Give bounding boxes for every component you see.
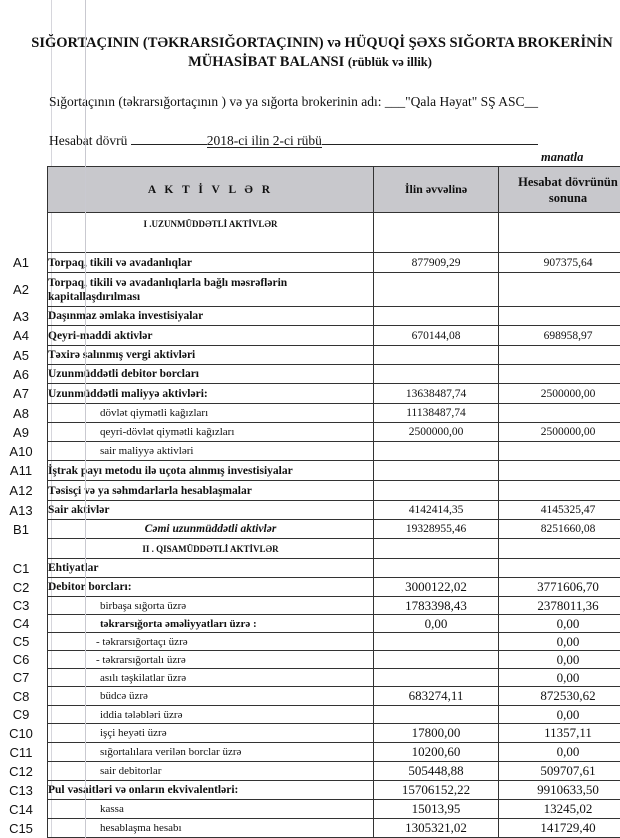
row-label: Cəmi uzunmüddətli aktivlər	[48, 520, 374, 539]
row-code: C3	[0, 598, 42, 613]
value-start-of-year: 670144,08	[374, 326, 499, 346]
value-start-of-year: 17800,00	[374, 724, 499, 743]
underline-blank	[322, 130, 538, 145]
report-period-line: Hesabat dövrü 2018-ci ilin 2-ci rübü	[49, 130, 538, 149]
table-row: Torpaq, tikili və avadanlıqlarla bağlı m…	[48, 273, 620, 307]
value-start-of-year	[374, 365, 499, 384]
value-start-of-year: 15706152,22	[374, 781, 499, 800]
row-label: Təsisçi və ya səhmdarlarla hesablaşmalar	[48, 481, 374, 501]
row-label: Torpaq, tikili və avadanlıqlarla bağlı m…	[48, 273, 374, 307]
row-code: C2	[0, 580, 42, 595]
row-code: C5	[0, 634, 42, 649]
row-label: Daşınmaz əmlaka investisiyalar	[48, 307, 374, 326]
value-end-of-period: 698958,97	[499, 326, 620, 346]
row-label: qeyri-dövlət qiymətli kağızları	[48, 423, 374, 442]
value-start-of-year	[374, 559, 499, 578]
row-code: C9	[0, 707, 42, 722]
row-label: Uzunmüddətli maliyyə aktivləri:	[48, 384, 374, 404]
value-end-of-period: 0,00	[499, 669, 620, 687]
row-label: - təkrarsığortalı üzrə	[48, 651, 374, 669]
row-code: A2	[0, 282, 42, 297]
value-end-of-period: 0,00	[499, 615, 620, 633]
row-code: A7	[0, 386, 42, 401]
value-end-of-period	[499, 539, 620, 559]
table-row: Uzunmüddətli maliyyə aktivləri:13638487,…	[48, 384, 620, 404]
report-period-value: 2018-ci ilin 2-ci rübü	[207, 133, 322, 148]
value-end-of-period: 872530,62	[499, 687, 620, 706]
row-code: C14	[0, 802, 42, 817]
row-code: C15	[0, 821, 42, 836]
row-code: A13	[0, 503, 42, 518]
value-start-of-year	[374, 346, 499, 365]
value-start-of-year	[374, 481, 499, 501]
value-end-of-period: 3771606,70	[499, 578, 620, 597]
row-label: asılı təşkilatlar üzrə	[48, 669, 374, 687]
row-code: C4	[0, 616, 42, 631]
table-row: Debitor borcları:3000122,023771606,70	[48, 578, 620, 597]
table-row: sair maliyyə aktivləri	[48, 442, 620, 461]
value-end-of-period: 0,00	[499, 743, 620, 762]
row-code: A6	[0, 367, 42, 382]
value-start-of-year	[374, 539, 499, 559]
document-title: SIĞORTAÇININ (TƏKRARSIĞORTAÇININ) və HÜQ…	[0, 35, 620, 52]
value-start-of-year: 2500000,00	[374, 423, 499, 442]
value-end-of-period: 13245,02	[499, 800, 620, 819]
row-code: A12	[0, 483, 42, 498]
row-code: A8	[0, 406, 42, 421]
row-label: Sair aktivlər	[48, 501, 374, 520]
value-end-of-period	[499, 404, 620, 423]
table-row: kassa15013,9513245,02	[48, 800, 620, 819]
value-end-of-period: 509707,61	[499, 762, 620, 781]
row-code: C13	[0, 783, 42, 798]
table-row: birbaşa sığorta üzrə1783398,432378011,36	[48, 597, 620, 615]
row-label: Torpaq, tikili və avadanlıqlar	[48, 253, 374, 273]
balance-title-sub: (rüblük və illik)	[348, 55, 432, 69]
row-label: işçi heyəti üzrə	[48, 724, 374, 743]
value-end-of-period	[499, 365, 620, 384]
row-label: II . QISAMÜDDƏTLİ AKTİVLƏR	[48, 539, 374, 559]
underline-blank	[131, 130, 207, 145]
row-label: sair maliyyə aktivləri	[48, 442, 374, 461]
row-code: B1	[0, 522, 42, 537]
report-period-label: Hesabat dövrü	[49, 133, 127, 148]
value-start-of-year	[374, 273, 499, 307]
table-row: I .UZUNMÜDDƏTLİ AKTİVLƏR	[48, 213, 620, 253]
value-end-of-period: 4145325,47	[499, 501, 620, 520]
table-row: Torpaq, tikili və avadanlıqlar877909,299…	[48, 253, 620, 273]
table-row: - təkrarsığortalı üzrə0,00	[48, 651, 620, 669]
row-code: C7	[0, 670, 42, 685]
table-row: qeyri-dövlət qiymətli kağızları2500000,0…	[48, 423, 620, 442]
value-end-of-period	[499, 213, 620, 253]
row-code: A5	[0, 348, 42, 363]
row-code: C10	[0, 726, 42, 741]
value-end-of-period: 0,00	[499, 633, 620, 651]
value-end-of-period: 907375,64	[499, 253, 620, 273]
table-row: sair debitorlar505448,88509707,61	[48, 762, 620, 781]
row-code: A1	[0, 255, 42, 270]
row-label: Pul vəsaitləri və onların ekvivalentləri…	[48, 781, 374, 800]
row-code: A3	[0, 309, 42, 324]
value-end-of-period: 8251660,08	[499, 520, 620, 539]
table-row: II . QISAMÜDDƏTLİ AKTİVLƏR	[48, 539, 620, 559]
row-label: dövlət qiymətli kağızları	[48, 404, 374, 423]
value-start-of-year: 10200,60	[374, 743, 499, 762]
row-label: İştrak payı metodu ilə uçota alınmış inv…	[48, 461, 374, 481]
currency-unit: manatla	[541, 150, 583, 165]
table-row: Sair aktivlər4142414,354145325,47	[48, 501, 620, 520]
row-label: Debitor borcları:	[48, 578, 374, 597]
value-start-of-year: 1783398,43	[374, 597, 499, 615]
value-end-of-period: 2500000,00	[499, 384, 620, 404]
row-code: A9	[0, 425, 42, 440]
table-row: Pul vəsaitləri və onların ekvivalentləri…	[48, 781, 620, 800]
table-header-row: A K T İ V L Ə R İlin əvvəlinə Hesabat dö…	[48, 167, 620, 213]
value-start-of-year: 11138487,74	[374, 404, 499, 423]
row-code: C1	[0, 561, 42, 576]
table-row: Qeyri-maddi aktivlər670144,08698958,97	[48, 326, 620, 346]
row-label: sair debitorlar	[48, 762, 374, 781]
value-start-of-year: 1305321,02	[374, 819, 499, 838]
row-code: A4	[0, 328, 42, 343]
row-label: iddia tələbləri üzrə	[48, 706, 374, 724]
value-start-of-year	[374, 633, 499, 651]
table-row: - təkrarsığortaçı üzrə0,00	[48, 633, 620, 651]
balance-title: MÜHASİBAT BALANSI	[188, 54, 344, 70]
table-row: iddia tələbləri üzrə0,00	[48, 706, 620, 724]
value-end-of-period	[499, 481, 620, 501]
header-assets: A K T İ V L Ə R	[48, 167, 374, 213]
value-start-of-year: 683274,11	[374, 687, 499, 706]
header-end-of-period: Hesabat dövrünün sonuna	[499, 167, 620, 213]
table-row: dövlət qiymətli kağızları11138487,74	[48, 404, 620, 423]
row-label: - təkrarsığortaçı üzrə	[48, 633, 374, 651]
value-start-of-year	[374, 669, 499, 687]
value-end-of-period: 2500000,00	[499, 423, 620, 442]
table-row: işçi heyəti üzrə17800,0011357,11	[48, 724, 620, 743]
value-end-of-period	[499, 307, 620, 326]
value-end-of-period	[499, 273, 620, 307]
value-start-of-year	[374, 213, 499, 253]
row-label: birbaşa sığorta üzrə	[48, 597, 374, 615]
value-start-of-year: 877909,29	[374, 253, 499, 273]
row-label: sığortalılara verilən borclar üzrə	[48, 743, 374, 762]
value-start-of-year: 0,00	[374, 615, 499, 633]
row-label: kassa	[48, 800, 374, 819]
table-row: Təsisçi və ya səhmdarlarla hesablaşmalar	[48, 481, 620, 501]
value-start-of-year	[374, 442, 499, 461]
row-label: Uzunmüddətli debitor borcları	[48, 365, 374, 384]
value-end-of-period	[499, 461, 620, 481]
value-end-of-period: 141729,40	[499, 819, 620, 838]
row-label: Təxirə salınmış vergi aktivləri	[48, 346, 374, 365]
table-row: təkrarsığorta əməliyyatları üzrə :0,000,…	[48, 615, 620, 633]
row-label: Ehtiyatlar	[48, 559, 374, 578]
row-code: C11	[0, 745, 42, 760]
value-start-of-year: 19328955,46	[374, 520, 499, 539]
value-end-of-period	[499, 559, 620, 578]
value-end-of-period	[499, 442, 620, 461]
insurer-name-value: ___"Qala Həyat" SŞ ASC__	[385, 94, 538, 109]
table-row: İştrak payı metodu ilə uçota alınmış inv…	[48, 461, 620, 481]
row-label: I .UZUNMÜDDƏTLİ AKTİVLƏR	[48, 213, 374, 253]
table-row: asılı təşkilatlar üzrə0,00	[48, 669, 620, 687]
value-end-of-period: 11357,11	[499, 724, 620, 743]
row-label: Qeyri-maddi aktivlər	[48, 326, 374, 346]
table-row: büdcə üzrə683274,11872530,62	[48, 687, 620, 706]
insurer-name-label: Sığortaçının (təkrarsığortaçının ) və ya…	[49, 94, 382, 109]
insurer-name-line: Sığortaçının (təkrarsığortaçının ) və ya…	[49, 94, 538, 110]
value-start-of-year: 15013,95	[374, 800, 499, 819]
value-end-of-period: 2378011,36	[499, 597, 620, 615]
table-row: hesablaşma hesabı1305321,02141729,40	[48, 819, 620, 838]
row-label: təkrarsığorta əməliyyatları üzrə :	[48, 615, 374, 633]
value-start-of-year: 3000122,02	[374, 578, 499, 597]
value-start-of-year	[374, 461, 499, 481]
document-subtitle: MÜHASİBAT BALANSI (rüblük və illik)	[0, 54, 620, 71]
value-end-of-period: 0,00	[499, 706, 620, 724]
value-start-of-year: 505448,88	[374, 762, 499, 781]
header-start-of-year: İlin əvvəlinə	[374, 167, 499, 213]
value-start-of-year: 13638487,74	[374, 384, 499, 404]
balance-table: A K T İ V L Ə R İlin əvvəlinə Hesabat dö…	[47, 166, 620, 838]
scan-artifact-line	[85, 0, 86, 838]
row-label: hesablaşma hesabı	[48, 819, 374, 838]
value-end-of-period: 0,00	[499, 651, 620, 669]
row-code: C12	[0, 764, 42, 779]
value-end-of-period: 9910633,50	[499, 781, 620, 800]
table-row: Ehtiyatlar	[48, 559, 620, 578]
value-start-of-year	[374, 651, 499, 669]
table-row: sığortalılara verilən borclar üzrə10200,…	[48, 743, 620, 762]
value-end-of-period	[499, 346, 620, 365]
value-start-of-year	[374, 706, 499, 724]
table-row: Cəmi uzunmüddətli aktivlər19328955,46825…	[48, 520, 620, 539]
table-row: Təxirə salınmış vergi aktivləri	[48, 346, 620, 365]
row-code: C6	[0, 652, 42, 667]
value-start-of-year: 4142414,35	[374, 501, 499, 520]
row-code: A10	[0, 444, 42, 459]
table-row: Uzunmüddətli debitor borcları	[48, 365, 620, 384]
value-start-of-year	[374, 307, 499, 326]
table-row: Daşınmaz əmlaka investisiyalar	[48, 307, 620, 326]
row-label: büdcə üzrə	[48, 687, 374, 706]
row-code: C8	[0, 689, 42, 704]
row-code: A11	[0, 463, 42, 478]
